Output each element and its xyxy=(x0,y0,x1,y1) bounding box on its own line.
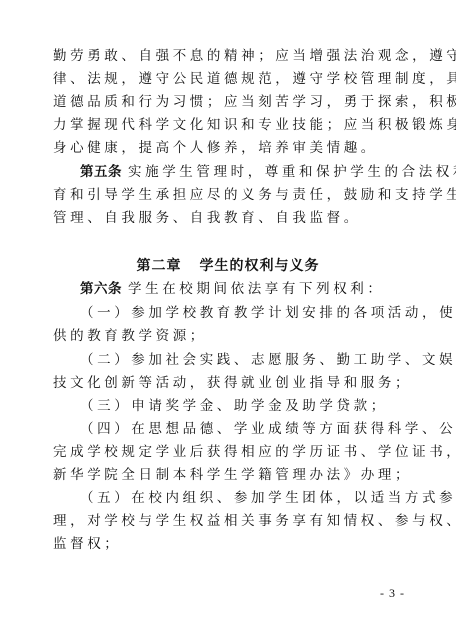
text-line: 监督权； xyxy=(53,536,423,552)
text-line: 力掌握现代科学文化知识和专业技能；应当积极锻炼身体，增进 xyxy=(53,117,423,133)
chapter-heading: 第二章学生的权利与义务 xyxy=(0,258,456,274)
list-item: （四）在思想品德、学业成绩等方面获得科学、公正评价， xyxy=(80,421,450,437)
article-5-label: 第五条 xyxy=(80,164,122,180)
list-item: （三）申请奖学金、助学金及助学贷款； xyxy=(80,398,450,414)
list-item: （五）在校内组织、参加学生团体，以适当方式参与学校管 xyxy=(80,490,450,506)
text-line: 完成学校规定学业后获得相应的学历证书、学位证书，按《广州 xyxy=(53,444,423,460)
text-span: 实施学生管理时，尊重和保护学生的合法权利，教 xyxy=(128,164,456,180)
text-line: 育和引导学生承担应尽的义务与责任，鼓励和支持学生实行自我 xyxy=(53,187,423,203)
list-item: （二）参加社会实践、志愿服务、勤工助学、文娱体育及科 xyxy=(80,352,450,368)
text-span: 学生在校期间依法享有下列权利： xyxy=(128,281,385,297)
page-number: - 3 - xyxy=(380,586,405,601)
chapter-number: 第二章 xyxy=(137,258,182,274)
article-5-line: 第五条实施学生管理时，尊重和保护学生的合法权利，教 xyxy=(80,164,450,180)
text-line: 身心健康，提高个人修养，培养审美情趣。 xyxy=(53,140,423,156)
text-line: 管理、自我服务、自我教育、自我监督。 xyxy=(53,210,423,226)
document-page: 勤劳勇敢、自强不息的精神；应当增强法治观念，遵守宪法、法 律、法规，遵守公民道德… xyxy=(0,0,456,620)
chapter-title: 学生的权利与义务 xyxy=(200,258,320,274)
article-6-line: 第六条学生在校期间依法享有下列权利： xyxy=(80,281,450,297)
text-line: 新华学院全日制本科学生学籍管理办法》办理； xyxy=(53,467,423,483)
list-item: （一）参加学校教育教学计划安排的各项活动，使用学校提 xyxy=(80,305,450,321)
text-line: 供的教育教学资源； xyxy=(53,328,423,344)
text-line: 律、法规，遵守公民道德规范，遵守学校管理制度，具有良好的 xyxy=(53,71,423,87)
article-6-label: 第六条 xyxy=(80,281,122,297)
text-line: 道德品质和行为习惯；应当刻苦学习，勇于探索，积极实践，努 xyxy=(53,94,423,110)
text-line: 勤劳勇敢、自强不息的精神；应当增强法治观念，遵守宪法、法 xyxy=(53,48,423,64)
text-line: 技文化创新等活动，获得就业创业指导和服务； xyxy=(53,375,423,391)
text-line: 理，对学校与学生权益相关事务享有知情权、参与权、表达权和 xyxy=(53,513,423,529)
